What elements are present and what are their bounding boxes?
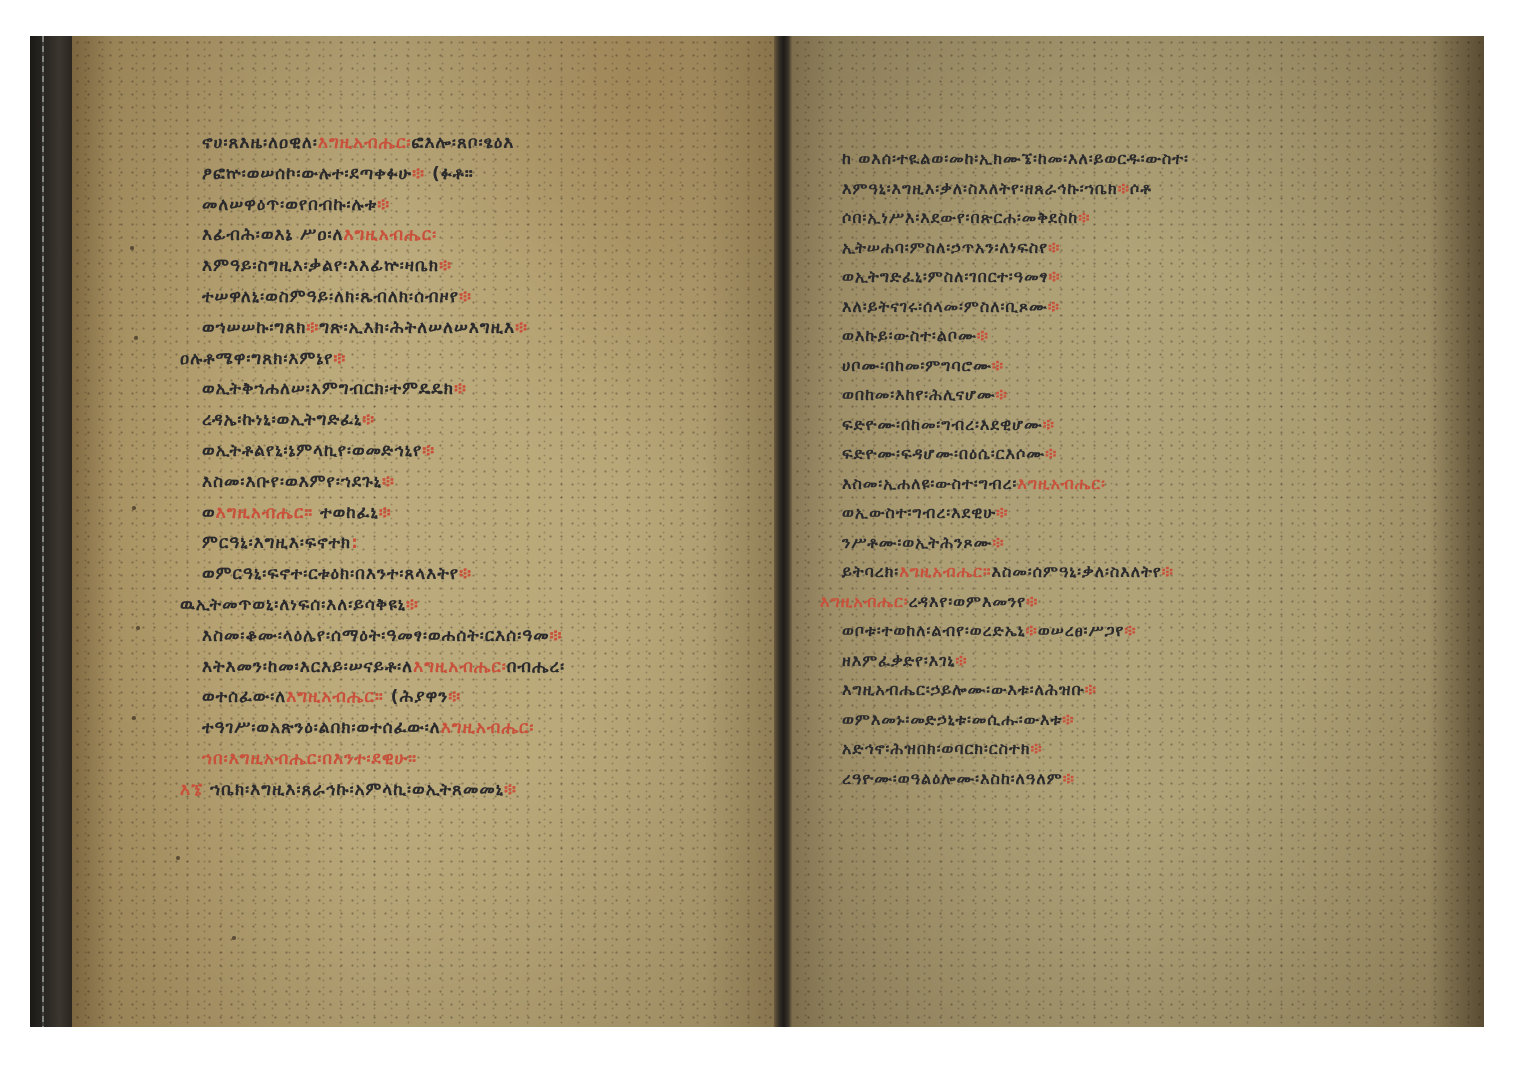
ink-text: ሶቶ	[1130, 179, 1152, 198]
manuscript-line: መለሠዋዕጥ፡ወየበብኩ፡ሉቱ፨	[202, 190, 565, 221]
manuscript-line: ዐሉቶሜዋ፡ግጸክ፡እምኔየ፨	[180, 344, 565, 375]
manuscript-line: እትእመን፡ከመ፡እርእይ፡ሠናይቶ፡ለእግዚአብሔር፡በብሔረ፡	[202, 652, 565, 683]
manuscript-line: ሀቦሙ፡በከመ፡ምግባሮሙ፨	[842, 351, 1189, 381]
manuscript-line: ወኀሠሠኩ፡ግጸክ፨ግጽ፡ኢእክ፡ሕትለሠለሠእግዚእ፨	[202, 313, 565, 344]
stain-spot	[176, 856, 180, 860]
rubric-text: ፨	[459, 287, 472, 307]
rubric-text: ፨	[459, 564, 472, 584]
manuscript-line: ወቦቱ፡ተወከለ፡ልብየ፡ወረድኤኒ፨ወሠረፀ፡ሥጋየ፨	[842, 616, 1189, 646]
rubric-text: እግዚአብሔር፡	[413, 657, 507, 677]
rubric-text: ፨	[306, 318, 319, 338]
rubric-text: ፨	[1162, 562, 1174, 581]
rubric-text: እግዚአብሔር፡	[820, 592, 909, 611]
ink-text: እግዚአብሔር፡ኃይሎሙ፡ውእቱ፡ለሕዝቡ	[842, 680, 1085, 699]
left-page-text: ኖሀ፡ጸእዜ፡ለዐዊለ፡እግዚአብሔር፡ፎእሎ፡ጸቦ፡ፄዕእፆፎኵ፡ወሠሰኮ፡ው…	[202, 128, 565, 806]
manuscript-line: እለ፡ይትናገሩ፡ሰላመ፡ምስለ፡ቢጾሙ፨	[842, 292, 1189, 322]
ink-text: እለ፡ይትናገሩ፡ሰላመ፡ምስለ፡ቢጾሙ	[842, 297, 1048, 316]
manuscript-line: ረዓዮሙ፡ወዓልዕሎሙ፡እስከ፡ለዓለም፨	[842, 764, 1189, 794]
rubric-text: ፨	[362, 410, 375, 430]
ink-text: ረዳኤ፡ኩነኒ፡ወኢትግድፈኒ	[202, 410, 362, 430]
manuscript-line: ንሥቶሙ፡ወኢትሕንጾሙ፨	[842, 528, 1189, 558]
book-gutter	[774, 36, 792, 1027]
ink-text: ወኀሠሠኩ፡ግጸክ	[202, 318, 306, 338]
stain-spot	[232, 936, 236, 940]
ink-text: ወ	[202, 503, 216, 523]
rubric-text: ፨	[333, 349, 346, 369]
ink-text: (ሕያዋን	[384, 687, 448, 707]
rubric-text: ፨	[448, 687, 461, 707]
ink-text: እትእመን፡ከመ፡እርእይ፡ሠናይቶ፡ለ	[202, 657, 413, 677]
ink-text: ሶበ፡ኢነሥእ፡እደውየ፡በጽርሐ፡መቅደስከ	[842, 208, 1078, 227]
ink-text: ወኢትቶልየኒ፡ኔምላኪየ፡ወመድኅኒየ	[202, 441, 422, 461]
left-page: ኖሀ፡ጸእዜ፡ለዐዊለ፡እግዚአብሔር፡ፎእሎ፡ጸቦ፡ፄዕእፆፎኵ፡ወሠሰኮ፡ው…	[72, 36, 774, 1027]
ink-text: ፍድዮሙ፡በከመ፡ግብረ፡እደዊሆሙ	[842, 415, 1043, 434]
rubric-text: ፨	[1043, 415, 1055, 434]
manuscript-line: ፍድዮሙ፡ፍዳሆሙ፡በዕሴ፡ርእሶሙ፨	[842, 439, 1189, 469]
ink-text: ምርዓኒ፡እግዚእ፡ፍኖተክ	[202, 533, 351, 553]
ink-text: ዉኢትመጥወኒ፡ለነፍሰ፡እለ፡ይሳቅዩኒ	[180, 595, 406, 615]
rubric-text: ፨	[992, 533, 1004, 552]
rubric-text: እግዚአብሔር፡	[441, 718, 535, 738]
manuscript-line: ወበከመ፡እከየ፡ሕሊናሆሙ፨	[842, 380, 1189, 410]
rubric-text: ፨	[992, 356, 1004, 375]
rubric-text: ፨	[1031, 739, 1043, 758]
rubric-text: ፨	[515, 318, 528, 338]
manuscript-scan: ኖሀ፡ጸእዜ፡ለዐዊለ፡እግዚአብሔር፡ፎእሎ፡ጸቦ፡ፄዕእፆፎኵ፡ወሠሰኮ፡ው…	[30, 36, 1484, 1027]
margin-hole	[130, 246, 134, 250]
rubric-text: ፨	[955, 651, 967, 670]
manuscript-line: ዉኢትመጥወኒ፡ለነፍሰ፡እለ፡ይሳቅዩኒ፨	[180, 590, 565, 621]
rubric-text: ፨	[1124, 621, 1136, 640]
rubric-text: ፨	[996, 503, 1008, 522]
manuscript-line: ወኢውስተ፡ግብረ፡እደዊሁ፨	[842, 498, 1189, 528]
ink-text: ወተሰፈው፡ለ	[202, 687, 286, 707]
manuscript-line: ወተሰፈው፡ለእግዚአብሔር። (ሕያዋን፨	[202, 682, 565, 713]
manuscript-line: እምዓኒ፡እግዚእ፡ቃለ፡ስእለትየ፡ዘጸራኅኩ፡ኀቤክ፨ሶቶ	[842, 174, 1189, 204]
rubric-text: ፨	[454, 379, 467, 399]
rubric-text: ፨	[379, 503, 392, 523]
manuscript-line: ምርዓኒ፡እግዚእ፡ፍኖተክ:	[202, 528, 565, 559]
ink-text: እስመ፡እቡየ፡ወእምየ፡ኀደጉኒ	[202, 472, 382, 492]
rubric-text: ፨	[422, 441, 435, 461]
margin-hole	[132, 716, 136, 720]
rubric-text: እግዚአብሔር፡	[343, 225, 437, 245]
manuscript-line: ወምእመኑ፡መድኃኒቱ፡መሲሑ፡ውእቱ፨	[842, 705, 1189, 735]
ink-text: ፆፎኵ፡ወሠሰኮ፡ውሉተ፡ደጣቀፉሁ	[202, 164, 412, 184]
rubric-text: ፨	[1063, 769, 1075, 788]
manuscript-line: ኖሀ፡ጸእዜ፡ለዐዊለ፡እግዚአብሔር፡ፎእሎ፡ጸቦ፡ፄዕእ	[202, 128, 565, 159]
manuscript-line: እምዓይ፡ስግዚእ፡ቃልየ፡እእፊኵ፡ዛቤክ፨	[202, 251, 565, 282]
margin-hole	[136, 626, 140, 630]
rubric-text: ፨	[977, 326, 989, 345]
ink-text: ረዳእየ፡ወምእመንየ	[909, 592, 1027, 611]
rubric-text: ፨	[377, 195, 390, 215]
manuscript-line: እስመ፡ኢሐለዩ፡ውስተ፡ግብረ፡እግዚአብሔር፡	[842, 469, 1189, 499]
ink-text: ተወከፈኒ	[313, 503, 379, 523]
ink-text: አድኅኖ፡ሕዝበክ፡ወባርክ፡ርስተክ	[842, 739, 1031, 758]
right-page: ከ ወእሰ፡ተዪልወ፡መከ፡ኢክሙኜ፡ከመ፡እለ፡ይወርዱ፡ውስተ፡እምዓኒ፡እ…	[792, 36, 1484, 1027]
manuscript-line: እስመ፡እቡየ፡ወእምየ፡ኀደጉኒ፨	[202, 467, 565, 498]
ink-text: እምዓይ፡ስግዚእ፡ቃልየ፡እእፊኵ፡ዛቤክ	[202, 256, 439, 276]
ink-text: ኀቤክ፡እግዚእ፡ጸራኅኩ፡አምላኪ፡ወኢትጸመመኒ	[203, 780, 504, 800]
rubric-text: ፨	[1026, 621, 1038, 640]
manuscript-line: ወኢትቶልየኒ፡ኔምላኪየ፡ወመድኅኒየ፨	[202, 436, 565, 467]
ink-text: ወኢውስተ፡ግብረ፡እደዊሁ	[842, 503, 996, 522]
rubric-text: እ	[180, 780, 191, 800]
rubric-text: ፨	[412, 164, 425, 184]
rubric-text: እግዚአብሔር።	[216, 503, 314, 523]
ink-text: እስመ፡ሰምዓኒ፡ቃለ፡ስእለትየ	[992, 562, 1162, 581]
manuscript-line: ተዓገሥ፡ወአጽንዕ፡ልበክ፡ወተሰፈው፡ለእግዚአብሔር፡	[202, 713, 565, 744]
manuscript-line: ይትባረክ፡እግዚአብሔር።እስመ፡ሰምዓኒ፡ቃለ፡ስእለትየ፨	[842, 557, 1189, 587]
ink-text: እምዓኒ፡እግዚእ፡ቃለ፡ስእለትየ፡ዘጸራኅኩ፡ኀቤክ	[842, 179, 1118, 198]
ink-text: ዐሉቶሜዋ፡ግጸክ፡እምኔየ	[180, 349, 333, 369]
manuscript-line: ወኢትቅኀሐለሠ፡እምግብርክ፡ተምዴዴክ፨	[202, 374, 565, 405]
manuscript-line: ወእኩይ፡ውስተ፡ልቦሙ፨	[842, 321, 1189, 351]
rubric-text: ፨	[406, 595, 419, 615]
rubric-text: እግዚአብሔር፡	[318, 133, 412, 153]
manuscript-line: ወኢትግድፈኒ፡ምስለ፡ገበርተ፡ዓመፃ፨	[842, 262, 1189, 292]
manuscript-line: እግዚአብሔር፡ረዳእየ፡ወምእመንየ፨	[820, 587, 1189, 617]
rubric-text: ኀበ፡እግዚአብሔር፡በእንተ፡ደዊሁ።	[202, 749, 417, 769]
manuscript-line: ከ ወእሰ፡ተዪልወ፡መከ፡ኢክሙኜ፡ከመ፡እለ፡ይወርዱ፡ውስተ፡	[842, 144, 1189, 174]
rubric-text: ፨	[1026, 592, 1038, 611]
rubric-text: ፨	[382, 472, 395, 492]
ink-text: ፍድዮሙ፡ፍዳሆሙ፡በዕሴ፡ርእሶሙ	[842, 444, 1045, 463]
ink-text: ኢትሠሐባ፡ምስለ፡ኃጥአን፡ለነፍስየ	[842, 238, 1048, 257]
rubric-text: ፨	[1045, 444, 1057, 463]
ink-text: ከ ወእሰ፡ተዪልወ፡መከ፡ኢክሙኜ፡ከመ፡እለ፡ይወርዱ፡ውስተ፡	[842, 149, 1189, 168]
ink-text: ረዓዮሙ፡ወዓልዕሎሙ፡እስከ፡ለዓለም	[842, 769, 1063, 788]
ink-text: ይትባረክ፡	[842, 562, 899, 581]
manuscript-line: እስመ፡ቆሙ፡ላዕሌየ፡ሰማዕት፡ዓመፃ፡ወሐሰት፡ርእሰ፡ዓመ፨	[202, 621, 565, 652]
ink-text: ወኢትቅኀሐለሠ፡እምግብርክ፡ተምዴዴክ	[202, 379, 454, 399]
ink-text: ግጽ፡ኢእክ፡ሕትለሠለሠእግዚእ	[319, 318, 515, 338]
margin-hole	[132, 506, 136, 510]
ink-text: ዘእምፈቃድየ፡እገኒ	[842, 651, 955, 670]
ink-text: (ፉቶ።	[425, 164, 474, 184]
manuscript-line: እኜ ኀቤክ፡እግዚእ፡ጸራኅኩ፡አምላኪ፡ወኢትጸመመኒ፨	[180, 775, 565, 806]
ink-text: እስመ፡ኢሐለዩ፡ውስተ፡ግብረ፡	[842, 474, 1017, 493]
rubric-text: እግዚአብሔር።	[286, 687, 384, 707]
rubric-text: እግዚአብሔር፡	[1017, 474, 1106, 493]
rubric-text: ፨	[1062, 710, 1074, 729]
ink-text: ተዓገሥ፡ወአጽንዕ፡ልበክ፡ወተሰፈው፡ለ	[202, 718, 441, 738]
rubric-text: ኜ	[191, 780, 203, 800]
rubric-text: ፨	[550, 626, 563, 646]
manuscript-line: አድኅኖ፡ሕዝበክ፡ወባርክ፡ርስተክ፨	[842, 734, 1189, 764]
ink-text: እስመ፡ቆሙ፡ላዕሌየ፡ሰማዕት፡ዓመፃ፡ወሐሰት፡ርእሰ፡ዓመ	[202, 626, 550, 646]
manuscript-line: ተሠዋለኒ፡ወስምዓይ፡ለክ፡ጼብለክ፡ሰብዞየ፨	[202, 282, 565, 313]
manuscript-line: ሶበ፡ኢነሥእ፡እደውየ፡በጽርሐ፡መቅደስከ፨	[842, 203, 1189, 233]
rubric-text: :	[351, 533, 359, 553]
ink-text: ፎእሎ፡ጸቦ፡ፄዕእ	[412, 133, 515, 153]
ink-text: ወምእመኑ፡መድኃኒቱ፡መሲሑ፡ውእቱ	[842, 710, 1062, 729]
ink-text: ወበከመ፡እከየ፡ሕሊናሆሙ	[842, 385, 996, 404]
rubric-text: ፨	[996, 385, 1008, 404]
manuscript-line: ዘእምፈቃድየ፡እገኒ፨	[842, 646, 1189, 676]
ink-text: ሀቦሙ፡በከመ፡ምግባሮሙ	[842, 356, 992, 375]
ink-text: ወቦቱ፡ተወከለ፡ልብየ፡ወረድኤኒ	[842, 621, 1026, 640]
right-page-text: ከ ወእሰ፡ተዪልወ፡መከ፡ኢክሙኜ፡ከመ፡እለ፡ይወርዱ፡ውስተ፡እምዓኒ፡እ…	[842, 144, 1189, 793]
manuscript-line: እግዚአብሔር፡ኃይሎሙ፡ውእቱ፡ለሕዝቡ፨	[842, 675, 1189, 705]
manuscript-line: ፍድዮሙ፡በከመ፡ግብረ፡እደዊሆሙ፨	[842, 410, 1189, 440]
rubric-text: እግዚአብሔር።	[899, 562, 991, 581]
rubric-text: ፨	[1048, 297, 1060, 316]
rubric-text: ፨	[1078, 208, 1090, 227]
manuscript-line: ወእግዚአብሔር። ተወከፈኒ፨	[202, 498, 565, 529]
rubric-text: ፨	[504, 780, 517, 800]
ink-text: ወምርዓኒ፡ፍኖተ፡ርቱዕክ፡በእንተ፡ጸላእትየ	[202, 564, 459, 584]
margin-hole	[134, 336, 138, 340]
ink-text: ንሥቶሙ፡ወኢትሕንጾሙ	[842, 533, 992, 552]
ink-text: ወኢትግድፈኒ፡ምስለ፡ገበርተ፡ዓመፃ	[842, 267, 1048, 286]
ink-text: ተሠዋለኒ፡ወስምዓይ፡ለክ፡ጼብለክ፡ሰብዞየ	[202, 287, 459, 307]
ink-text: ኖሀ፡ጸእዜ፡ለዐዊለ፡	[202, 133, 318, 153]
manuscript-line: ፆፎኵ፡ወሠሰኮ፡ውሉተ፡ደጣቀፉሁ፨ (ፉቶ።	[202, 159, 565, 190]
ink-text: ወእኩይ፡ውስተ፡ልቦሙ	[842, 326, 977, 345]
manuscript-line: ወምርዓኒ፡ፍኖተ፡ርቱዕክ፡በእንተ፡ጸላእትየ፨	[202, 559, 565, 590]
rubric-text: ፨	[1048, 267, 1060, 286]
book-binding-edge	[30, 36, 72, 1027]
manuscript-line: ኢትሠሐባ፡ምስለ፡ኃጥአን፡ለነፍስየ፨	[842, 233, 1189, 263]
ink-text: በብሔረ፡	[507, 657, 565, 677]
rubric-text: ፨	[1085, 680, 1097, 699]
rubric-text: ፨	[439, 256, 452, 276]
ink-text: መለሠዋዕጥ፡ወየበብኩ፡ሉቱ	[202, 195, 377, 215]
rubric-text: ፨	[1048, 238, 1060, 257]
manuscript-line: ረዳኤ፡ኩነኒ፡ወኢትግድፈኒ፨	[202, 405, 565, 436]
manuscript-line: እፊብሕ፡ወእኔ ሥዐ፡ለእግዚአብሔር፡	[202, 220, 565, 251]
ink-text: ወሠረፀ፡ሥጋየ	[1038, 621, 1124, 640]
manuscript-line: ኀበ፡እግዚአብሔር፡በእንተ፡ደዊሁ።	[202, 744, 565, 775]
ink-text: እፊብሕ፡ወእኔ ሥዐ፡ለ	[202, 225, 343, 245]
rubric-text: ፨	[1118, 179, 1130, 198]
